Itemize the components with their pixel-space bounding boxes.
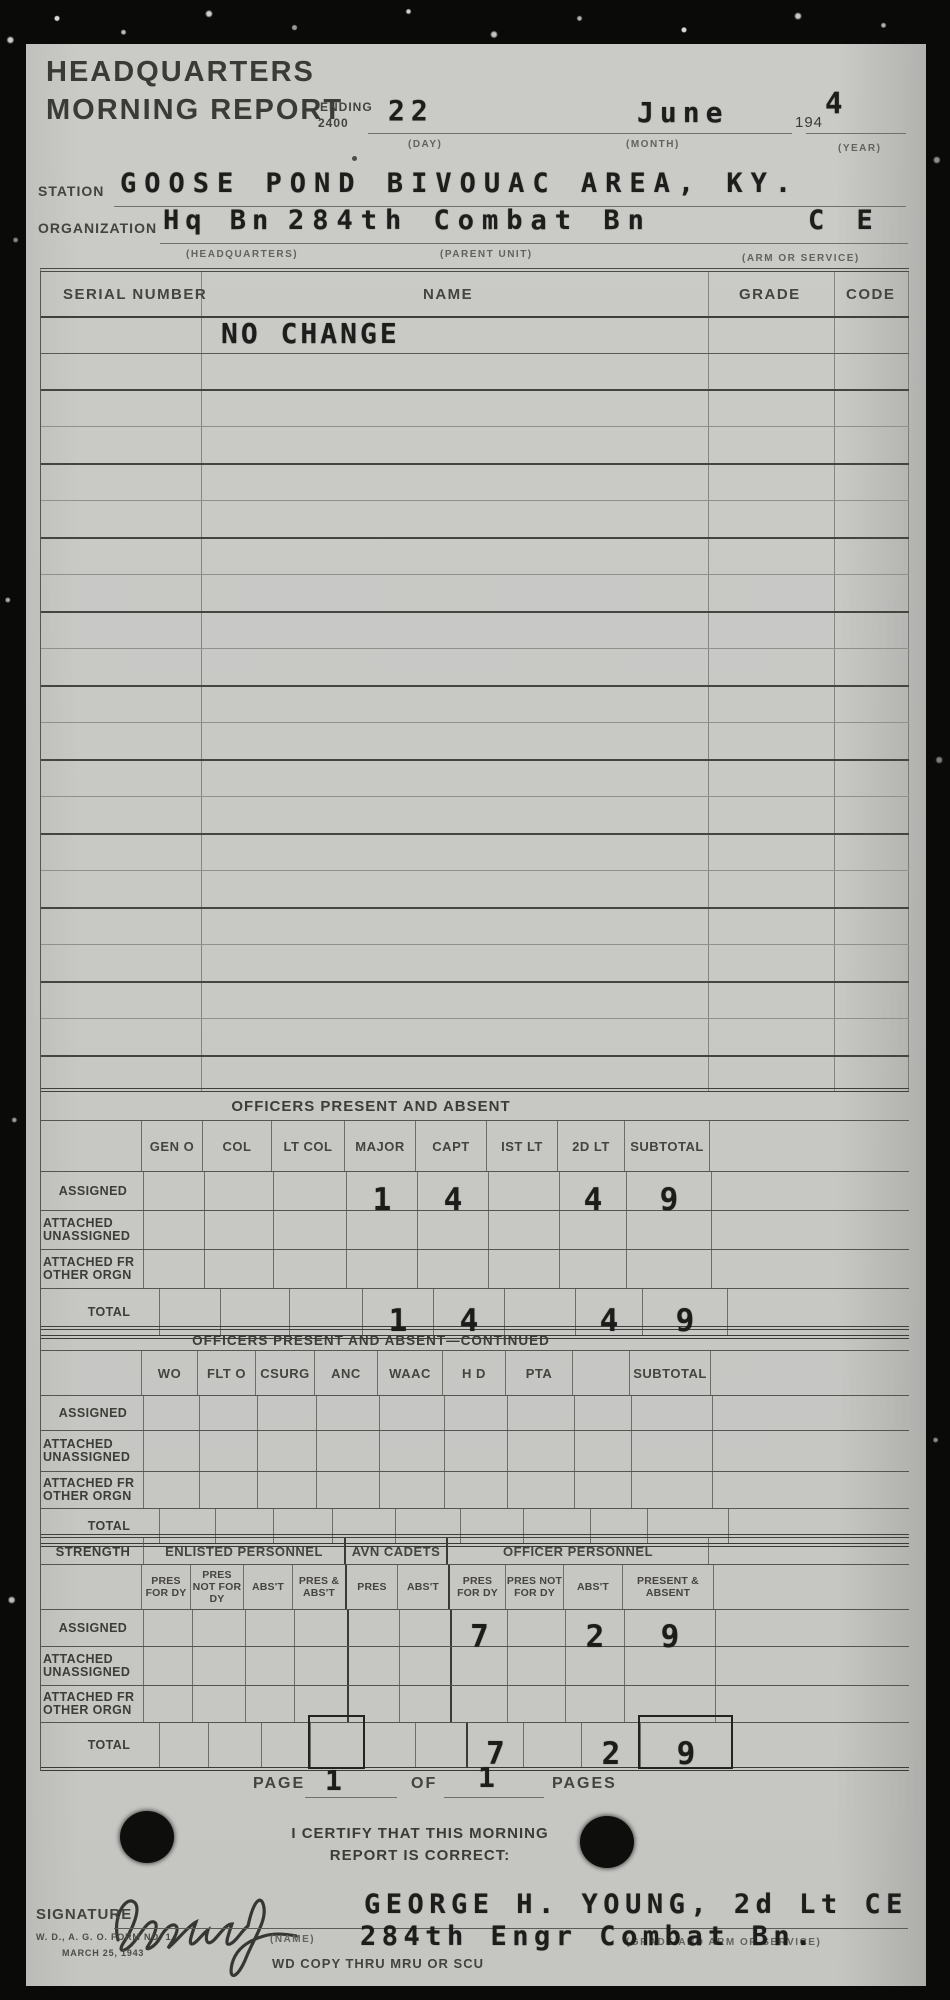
value-cell: [488, 1211, 559, 1249]
value-cell: [192, 1647, 245, 1685]
value-cell: [143, 1211, 204, 1249]
strength-column-header: PRES & ABS'T: [292, 1565, 345, 1609]
strength-column-header: PRESENT & ABSENT: [622, 1565, 713, 1609]
table-title-row: OFFICERS PRESENT AND ABSENT: [41, 1088, 909, 1121]
strength-group-header-row: STRENGTHENLISTED PERSONNELAVN CADETSOFFI…: [41, 1534, 909, 1565]
value-cell: [379, 1431, 444, 1471]
strength-column-header: PRES NOT FOR DY: [505, 1565, 563, 1609]
of-label: OF: [411, 1775, 437, 1793]
table-column-header: SUBTOTAL: [624, 1121, 709, 1171]
value-cell: [257, 1431, 316, 1471]
typed-value: 2: [602, 1736, 621, 1772]
strength-column-header: PRES FOR DY: [448, 1565, 505, 1609]
table-column-header: FLT O: [197, 1351, 255, 1395]
table-header-spacer: [41, 1351, 141, 1395]
value-cell: [273, 1211, 346, 1249]
org-unit-field: Hq Bn: [163, 205, 274, 236]
value-cell: [415, 1723, 466, 1767]
morning-report-page: HEADQUARTERS MORNING REPORT ENDING 2400 …: [26, 44, 926, 1986]
typed-value: 9: [676, 1303, 695, 1339]
value-cell: [363, 1723, 415, 1767]
table-tail: [711, 1211, 909, 1249]
typed-value: 7: [486, 1736, 505, 1772]
table-row: ATTACHED FR OTHER ORGN: [41, 1250, 909, 1289]
table-column-header: CSURG: [255, 1351, 314, 1395]
org-parent-field: 284th Combat Bn: [288, 205, 652, 236]
row-label: ATTACHED UNASSIGNED: [41, 1211, 143, 1249]
column-header-text: ANC: [331, 1367, 361, 1380]
row-label: TOTAL: [41, 1723, 159, 1767]
roster-empty-row: [41, 761, 909, 798]
value-cell: 7: [466, 1723, 523, 1767]
row-label: ATTACHED FR OTHER ORGN: [41, 1250, 143, 1288]
value-cell: 1: [346, 1172, 417, 1210]
roster-header-name: NAME: [423, 286, 473, 303]
column-header-text: PRES FOR DY: [450, 1575, 505, 1599]
roster-header-code: CODE: [846, 286, 895, 303]
table-column-header: CAPT: [415, 1121, 486, 1171]
table-header-row: WOFLT OCSURGANCWAACH DPTASUBTOTAL: [41, 1351, 909, 1396]
value-cell: [574, 1472, 631, 1508]
typed-value: 1: [389, 1303, 408, 1339]
strength-row: TOTAL729: [41, 1723, 909, 1771]
value-cell: [559, 1250, 626, 1288]
roster-header: SERIAL NUMBER NAME GRADE CODE: [41, 272, 909, 318]
value-cell: [631, 1396, 712, 1430]
table-tail: [715, 1610, 909, 1646]
date-underline: [368, 133, 792, 134]
roster-empty-row: [41, 835, 909, 872]
strength-column-header: PRES: [345, 1565, 397, 1609]
value-cell: [208, 1723, 261, 1767]
value-cell: [143, 1472, 199, 1508]
org-parent-caption: (PARENT UNIT): [440, 249, 533, 260]
value-cell: [507, 1431, 574, 1471]
org-unit-caption: (HEADQUARTERS): [186, 249, 298, 260]
roster-empty-row: [41, 871, 909, 909]
day-field: 22: [388, 94, 434, 127]
table-tail: [712, 1396, 909, 1430]
table-column-header: SUBTOTAL: [629, 1351, 710, 1395]
month-caption: (MONTH): [626, 139, 680, 150]
value-cell: [379, 1472, 444, 1508]
table-column-header: WO: [141, 1351, 197, 1395]
table-column-header: IST LT: [486, 1121, 557, 1171]
signature-label: SIGNATURE: [36, 1906, 132, 1923]
ending-time: 2400: [318, 116, 349, 130]
typed-value: 2: [586, 1619, 605, 1655]
roster-empty-row: [41, 1057, 909, 1093]
pages-label: PAGES: [552, 1775, 617, 1793]
value-cell: [143, 1431, 199, 1471]
value-cell: [444, 1431, 507, 1471]
station-field: GOOSE POND BIVOUAC AREA, KY.: [120, 168, 799, 199]
strength-row: ASSIGNED729: [41, 1610, 909, 1647]
row-label: ATTACHED UNASSIGNED: [41, 1647, 143, 1685]
value-cell: [310, 1723, 363, 1767]
column-header-text: IST LT: [501, 1140, 543, 1153]
value-cell: [245, 1610, 294, 1646]
table-title: OFFICERS PRESENT AND ABSENT: [41, 1098, 701, 1115]
value-cell: [565, 1686, 624, 1722]
strength-column-header: ABS'T: [563, 1565, 622, 1609]
table-row: ASSIGNED1449: [41, 1172, 909, 1211]
value-cell: [399, 1647, 450, 1685]
row-label: ATTACHED FR OTHER ORGN: [41, 1472, 143, 1508]
typed-value: 4: [460, 1303, 479, 1339]
value-cell: [507, 1396, 574, 1430]
film-edge-left: [0, 0, 26, 2000]
column-header-text: WAAC: [389, 1367, 431, 1380]
table-row: ATTACHED FR OTHER ORGN: [41, 1472, 909, 1509]
value-cell: [626, 1250, 711, 1288]
typed-value: 9: [660, 1182, 679, 1218]
value-cell: [273, 1250, 346, 1288]
table-tail: [715, 1686, 909, 1722]
value-cell: [143, 1396, 199, 1430]
row-label: ASSIGNED: [41, 1172, 143, 1210]
column-header-text: ABS'T: [577, 1581, 609, 1593]
page-label: PAGE: [253, 1775, 305, 1793]
column-header-text: H D: [462, 1367, 486, 1380]
film-edge-top: [0, 0, 950, 46]
punch-hole: [580, 1816, 634, 1868]
roster-empty-row: [41, 501, 909, 539]
typed-value: 4: [444, 1182, 463, 1218]
organization-label: ORGANIZATION: [38, 220, 157, 236]
certification-line2: REPORT IS CORRECT:: [250, 1845, 590, 1867]
value-cell: [143, 1647, 192, 1685]
value-cell: [574, 1431, 631, 1471]
typed-value: 7: [470, 1619, 489, 1655]
typed-value: 4: [584, 1182, 603, 1218]
value-cell: [507, 1647, 565, 1685]
table-tail: [710, 1351, 909, 1395]
roster-empty-row: [41, 427, 909, 465]
strength-row: ATTACHED FR OTHER ORGN: [41, 1686, 909, 1723]
roster-empty-row: [41, 575, 909, 613]
strength-column-header: PRES FOR DY: [141, 1565, 190, 1609]
form-number: W. D., A. G. O. FORM NO. 1: [36, 1932, 171, 1942]
strength-table: STRENGTHENLISTED PERSONNELAVN CADETSOFFI…: [40, 1534, 909, 1771]
column-header-text: PRES FOR DY: [142, 1575, 190, 1599]
value-cell: [488, 1172, 559, 1210]
signed-unit: 284th Engr Combat Bn.: [360, 1921, 817, 1952]
value-cell: [204, 1172, 273, 1210]
value-cell: [346, 1250, 417, 1288]
value-cell: [204, 1250, 273, 1288]
value-cell: [347, 1610, 399, 1646]
column-header-text: ABS'T: [407, 1581, 439, 1593]
table-tail: [712, 1472, 909, 1508]
certification-text: I CERTIFY THAT THIS MORNING REPORT IS CO…: [250, 1823, 590, 1867]
table-tail: [713, 1565, 909, 1609]
value-cell: [192, 1686, 245, 1722]
roster-entry: NO CHANGE: [221, 317, 400, 350]
column-header-text: ABS'T: [252, 1581, 284, 1593]
value-cell: [379, 1396, 444, 1430]
officers-continued-table: OFFICERS PRESENT AND ABSENT—CONTINUEDWOF…: [40, 1326, 909, 1547]
table-tail: [712, 1431, 909, 1471]
group-header-cell: AVN CADETS: [344, 1538, 446, 1564]
roster-empty-rows: [41, 353, 909, 1092]
roster-empty-row: [41, 1019, 909, 1057]
punch-hole: [120, 1811, 174, 1863]
value-cell: 9: [624, 1610, 715, 1646]
value-cell: 2: [565, 1610, 624, 1646]
roster-table: SERIAL NUMBER NAME GRADE CODE NO CHANGE: [40, 268, 909, 1092]
value-cell: [192, 1610, 245, 1646]
page-underline: [305, 1797, 397, 1798]
value-cell: [257, 1472, 316, 1508]
form-title-line2: MORNING REPORT: [46, 94, 343, 127]
year-caption: (YEAR): [838, 143, 881, 154]
group-header-text: OFFICER PERSONNEL: [503, 1545, 653, 1558]
row-label: ATTACHED FR OTHER ORGN: [41, 1686, 143, 1722]
column-header-text: COL: [223, 1140, 252, 1153]
value-cell: [143, 1610, 192, 1646]
roster-empty-row: [41, 687, 909, 724]
value-cell: 7: [450, 1610, 507, 1646]
film-edge-bottom: [0, 1986, 950, 2000]
value-cell: [399, 1610, 450, 1646]
table-column-header: GEN O: [141, 1121, 202, 1171]
value-cell: [294, 1610, 347, 1646]
roster-empty-row: [41, 945, 909, 983]
copy-note: WD COPY THRU MRU OR SCU: [272, 1956, 484, 1971]
value-cell: [261, 1723, 310, 1767]
form-date: MARCH 25, 1943: [62, 1948, 144, 1958]
value-cell: [273, 1172, 346, 1210]
roster-empty-row: [41, 909, 909, 946]
group-header-cell: ENLISTED PERSONNEL: [143, 1538, 344, 1564]
table-column-header: MAJOR: [344, 1121, 415, 1171]
value-cell: [316, 1396, 379, 1430]
roster-empty-row: [41, 797, 909, 835]
table-column-header: LT COL: [271, 1121, 344, 1171]
station-label: STATION: [38, 183, 104, 199]
officers-table: OFFICERS PRESENT AND ABSENTGEN OCOLLT CO…: [40, 1088, 909, 1339]
table-tail: [708, 1538, 909, 1564]
roster-empty-row: [41, 613, 909, 650]
column-header-text: WO: [158, 1367, 181, 1380]
strength-subheader-row: PRES FOR DYPRES NOT FOR DYABS'TPRES & AB…: [41, 1565, 909, 1610]
typed-value: 4: [600, 1303, 619, 1339]
roster-header-grade: GRADE: [739, 286, 801, 303]
day-caption: (DAY): [408, 139, 442, 150]
group-header-text: ENLISTED PERSONNEL: [165, 1545, 323, 1558]
roster-empty-row: [41, 353, 909, 391]
value-cell: [159, 1723, 208, 1767]
table-tail: [709, 1121, 909, 1171]
table-row: ATTACHED UNASSIGNED: [41, 1431, 909, 1472]
column-header-text: CAPT: [432, 1140, 469, 1153]
value-cell: [523, 1723, 581, 1767]
value-cell: [444, 1472, 507, 1508]
column-header-text: PRESENT & ABSENT: [623, 1575, 713, 1599]
signed-name: GEORGE H. YOUNG, 2d Lt CE: [364, 1889, 908, 1920]
value-cell: 4: [417, 1172, 488, 1210]
film-edge-right: [926, 0, 950, 2000]
column-header-text: PRES NOT FOR DY: [506, 1575, 563, 1599]
value-cell: [245, 1647, 294, 1685]
value-cell: [204, 1211, 273, 1249]
value-cell: [245, 1686, 294, 1722]
roster-empty-row: [41, 649, 909, 687]
value-cell: [316, 1472, 379, 1508]
org-arm-field: C E: [808, 205, 881, 236]
month-field: June: [637, 96, 728, 129]
value-cell: [143, 1172, 204, 1210]
table-row: ASSIGNED: [41, 1396, 909, 1431]
column-header-text: CSURG: [260, 1367, 309, 1380]
column-header-text: PTA: [526, 1367, 553, 1380]
value-cell: [507, 1686, 565, 1722]
value-cell: [199, 1431, 257, 1471]
table-header-spacer: [41, 1121, 141, 1171]
typed-value: 1: [373, 1182, 392, 1218]
year-prefix: 194: [795, 114, 823, 131]
column-header-text: 2D LT: [572, 1140, 610, 1153]
table-column-header: [572, 1351, 629, 1395]
roster-entry-row: NO CHANGE: [41, 316, 909, 354]
value-cell: 9: [626, 1172, 711, 1210]
value-cell: [143, 1250, 204, 1288]
organization-underline: [160, 243, 908, 244]
table-row: ATTACHED UNASSIGNED: [41, 1211, 909, 1250]
roster-empty-row: [41, 391, 909, 428]
table-tail: [715, 1647, 909, 1685]
value-cell: [507, 1610, 565, 1646]
value-cell: [294, 1647, 347, 1685]
pages-underline: [444, 1797, 544, 1798]
year-field: 4: [825, 86, 842, 120]
value-cell: [199, 1396, 257, 1430]
table-column-header: PTA: [505, 1351, 572, 1395]
name-caption: (NAME): [270, 1934, 315, 1945]
table-tail: [731, 1723, 909, 1767]
value-cell: [574, 1396, 631, 1430]
value-cell: [507, 1472, 574, 1508]
value-cell: 9: [640, 1723, 731, 1767]
table-header-row: GEN OCOLLT COLMAJORCAPTIST LT2D LTSUBTOT…: [41, 1121, 909, 1172]
table-tail: [711, 1172, 909, 1210]
year-underline: [806, 133, 906, 134]
roster-empty-row: [41, 723, 909, 761]
table-column-header: WAAC: [377, 1351, 442, 1395]
table-column-header: 2D LT: [557, 1121, 624, 1171]
strength-label: STRENGTH: [41, 1538, 143, 1564]
value-cell: [488, 1250, 559, 1288]
strength-column-header: ABS'T: [243, 1565, 292, 1609]
group-header-text: AVN CADETS: [352, 1545, 441, 1558]
value-cell: [199, 1472, 257, 1508]
value-cell: 4: [559, 1172, 626, 1210]
form-title-line1: HEADQUARTERS: [46, 56, 315, 89]
value-cell: [417, 1250, 488, 1288]
value-cell: [399, 1686, 450, 1722]
roster-empty-row: [41, 539, 909, 576]
scanned-morning-report: { "form": { "title_line1": "HEADQUARTERS…: [0, 0, 950, 2000]
value-cell: [631, 1472, 712, 1508]
typed-value: 9: [677, 1736, 696, 1772]
table-column-header: H D: [442, 1351, 505, 1395]
value-cell: 2: [581, 1723, 640, 1767]
column-header-text: LT COL: [284, 1140, 333, 1153]
value-cell: [316, 1431, 379, 1471]
ending-label: ENDING: [320, 100, 373, 114]
value-cell: [631, 1431, 712, 1471]
column-header-text: SUBTOTAL: [630, 1140, 704, 1153]
row-label: ASSIGNED: [41, 1610, 143, 1646]
roster-empty-row: [41, 465, 909, 502]
value-cell: [450, 1686, 507, 1722]
table-tail: [711, 1250, 909, 1288]
roster-header-serial: SERIAL NUMBER: [63, 286, 207, 303]
strength-column-header: PRES NOT FOR DY: [190, 1565, 243, 1609]
column-header-text: SUBTOTAL: [633, 1367, 707, 1380]
value-cell: [347, 1647, 399, 1685]
column-header-text: PRES: [357, 1581, 386, 1593]
value-cell: [444, 1396, 507, 1430]
typed-value: 9: [661, 1619, 680, 1655]
roster-empty-row: [41, 983, 909, 1020]
table-column-header: COL: [202, 1121, 271, 1171]
subheader-spacer: [41, 1565, 141, 1609]
row-label: ASSIGNED: [41, 1396, 143, 1430]
value-cell: [257, 1396, 316, 1430]
group-header-cell: OFFICER PERSONNEL: [446, 1538, 708, 1564]
column-header-text: GEN O: [150, 1140, 194, 1153]
value-cell: [143, 1686, 192, 1722]
org-arm-caption: (ARM OR SERVICE): [742, 253, 860, 264]
column-header-text: FLT O: [207, 1367, 246, 1380]
column-header-text: PRES NOT FOR DY: [191, 1569, 243, 1605]
strength-column-header: ABS'T: [397, 1565, 448, 1609]
table-column-header: ANC: [314, 1351, 377, 1395]
noise-speck: [352, 156, 357, 161]
certification-line1: I CERTIFY THAT THIS MORNING: [250, 1823, 590, 1845]
row-label: ATTACHED UNASSIGNED: [41, 1431, 143, 1471]
column-header-text: PRES & ABS'T: [293, 1575, 345, 1599]
column-header-text: MAJOR: [355, 1140, 404, 1153]
